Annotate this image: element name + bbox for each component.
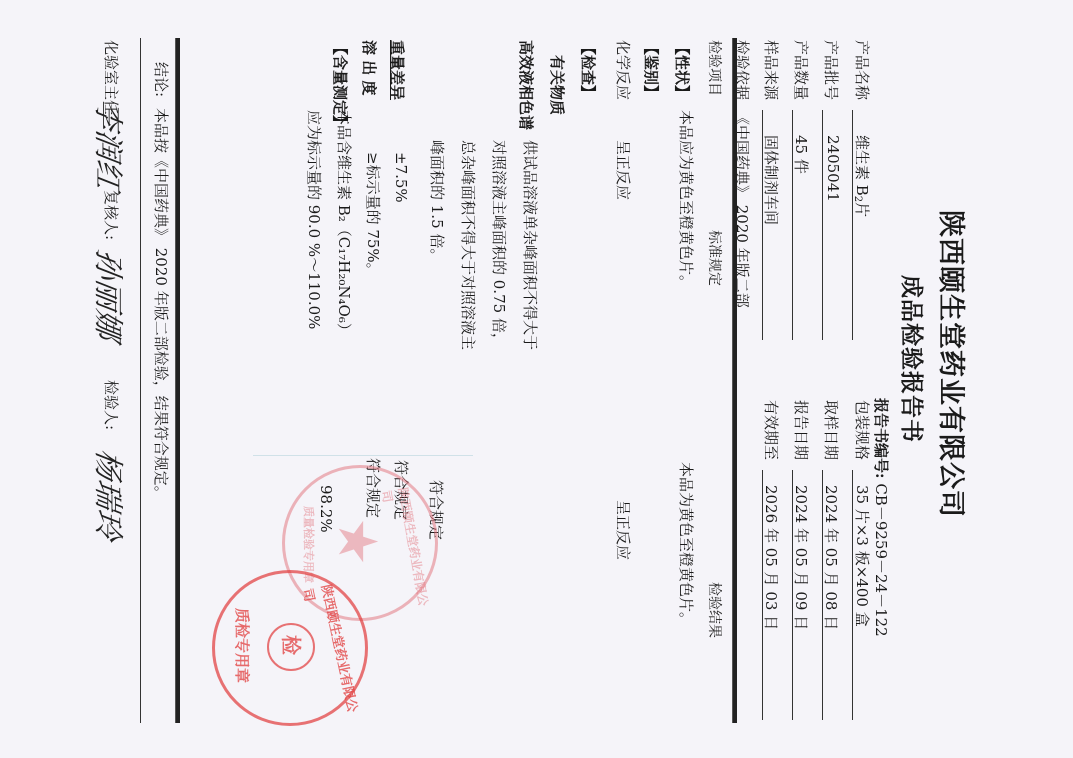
sampling-date-label: 取样日期 [821, 400, 842, 460]
conclusion-text: 本品按《中国药典》 2020 年版二部检验，结果符合规定。 [153, 108, 168, 501]
report-date-value: 2024 年 05 月 09 日 [791, 485, 812, 630]
product-name-value: 维生素 B2片 [852, 135, 873, 217]
table-row-item: 有关物质 [547, 55, 568, 115]
header-result: 检验结果 [705, 582, 725, 638]
conclusion-rule [140, 38, 141, 723]
header-item: 检验项目 [705, 40, 725, 96]
star-icon: ★ [329, 520, 385, 563]
table-row-standard: ±7.5% [393, 152, 408, 203]
lab-director-signature: 李润红 [89, 97, 133, 193]
sampling-date-underline [822, 470, 823, 720]
inspector-label: 检验人: [103, 380, 118, 430]
table-top-rule [732, 38, 737, 723]
quality-stamp-main: 检 陕西颐生堂药业有限公司 质检专用章 [212, 570, 368, 726]
inspector-signature: 杨瑞玲 [89, 447, 133, 543]
expiry-value: 2026 年 05 月 03 日 [761, 485, 782, 630]
product-name-underline [852, 110, 853, 340]
sampling-date-value: 2024 年 05 月 08 日 [821, 485, 842, 630]
report-number-label: 报告书编号: [872, 398, 890, 479]
secondary-stamp-ring-text: 陕西颐生堂药业有限公司 [378, 486, 434, 620]
source-underline [762, 110, 763, 340]
main-stamp-bottom-text: 质检专用章 [232, 608, 253, 683]
header-standard: 标准规定 [705, 230, 725, 286]
stamp-center-glyph: 检 [278, 635, 307, 655]
expiry-label: 有效期至 [761, 400, 782, 460]
table-row-result: 呈正反应 [615, 500, 630, 560]
table-row-standard-line2: 应为标示量的 90.0 %～110.0% [306, 110, 321, 329]
report-date-underline [792, 470, 793, 720]
report-number: 报告书编号: CB－9259－24－122 [871, 398, 892, 637]
table-row-standard: 本品含维生素 B₂（C₁₇H₂₀N₄O₆） [336, 110, 351, 338]
table-row-standard: ≥标示量的 75%。 [365, 152, 380, 278]
reviewer-label: 复核人: [103, 190, 118, 240]
source-value: 固体制剂车间 [761, 135, 782, 225]
report-number-value: CB－9259－24－122 [872, 483, 890, 636]
quantity-value: 45 件 [791, 135, 812, 174]
batch-label: 产品批号 [821, 40, 842, 100]
company-name: 陕西颐生堂药业有限公司 [934, 210, 973, 518]
table-row-standard: 呈正反应 [615, 140, 630, 200]
report-title: 成品检验报告书 [897, 275, 930, 443]
package-underline [852, 470, 853, 720]
quantity-underline [792, 110, 793, 340]
table-bottom-rule [175, 38, 180, 723]
table-row-item: 溶 出 度 [359, 40, 380, 95]
inspection-report-document: 陕西颐生堂药业有限公司 成品检验报告书 报告书编号: CB－9259－24－12… [0, 0, 1073, 758]
conclusion-label: 结论: [153, 62, 168, 97]
package-value: 35 片×3 板×400 盒 [852, 485, 873, 627]
table-row-item: 【性状】 [672, 40, 693, 100]
reviewer-signature: 孙丽娜 [89, 247, 133, 343]
batch-underline [822, 110, 823, 340]
table-row-standard: 本品应为黄色至橙黄色片。 [678, 110, 693, 290]
table-row-item: 【检查】 [578, 40, 599, 100]
table-row-item: 重量差异 [387, 40, 408, 100]
quantity-label: 产品数量 [791, 40, 812, 100]
package-label: 包装规格 [852, 400, 873, 460]
product-name-label: 产品名称 [852, 40, 873, 100]
table-row-item: 化学反应 [615, 40, 630, 100]
table-row-standard: 供试品溶液单杂峰面积不得大于对照溶液主峰面积的 0.75 倍，总杂峰面积不得大于… [421, 140, 545, 350]
table-row-item: 高效液相色谱 [516, 40, 537, 130]
batch-value: 2405041 [824, 135, 842, 202]
table-row-item: 【鉴别】 [641, 40, 662, 100]
expiry-underline [762, 470, 763, 720]
column-divider [253, 455, 473, 456]
report-date-label: 报告日期 [791, 400, 812, 460]
source-label: 样品来源 [761, 40, 782, 100]
table-row-result: 本品为黄色至橙黄色片。 [678, 462, 693, 627]
